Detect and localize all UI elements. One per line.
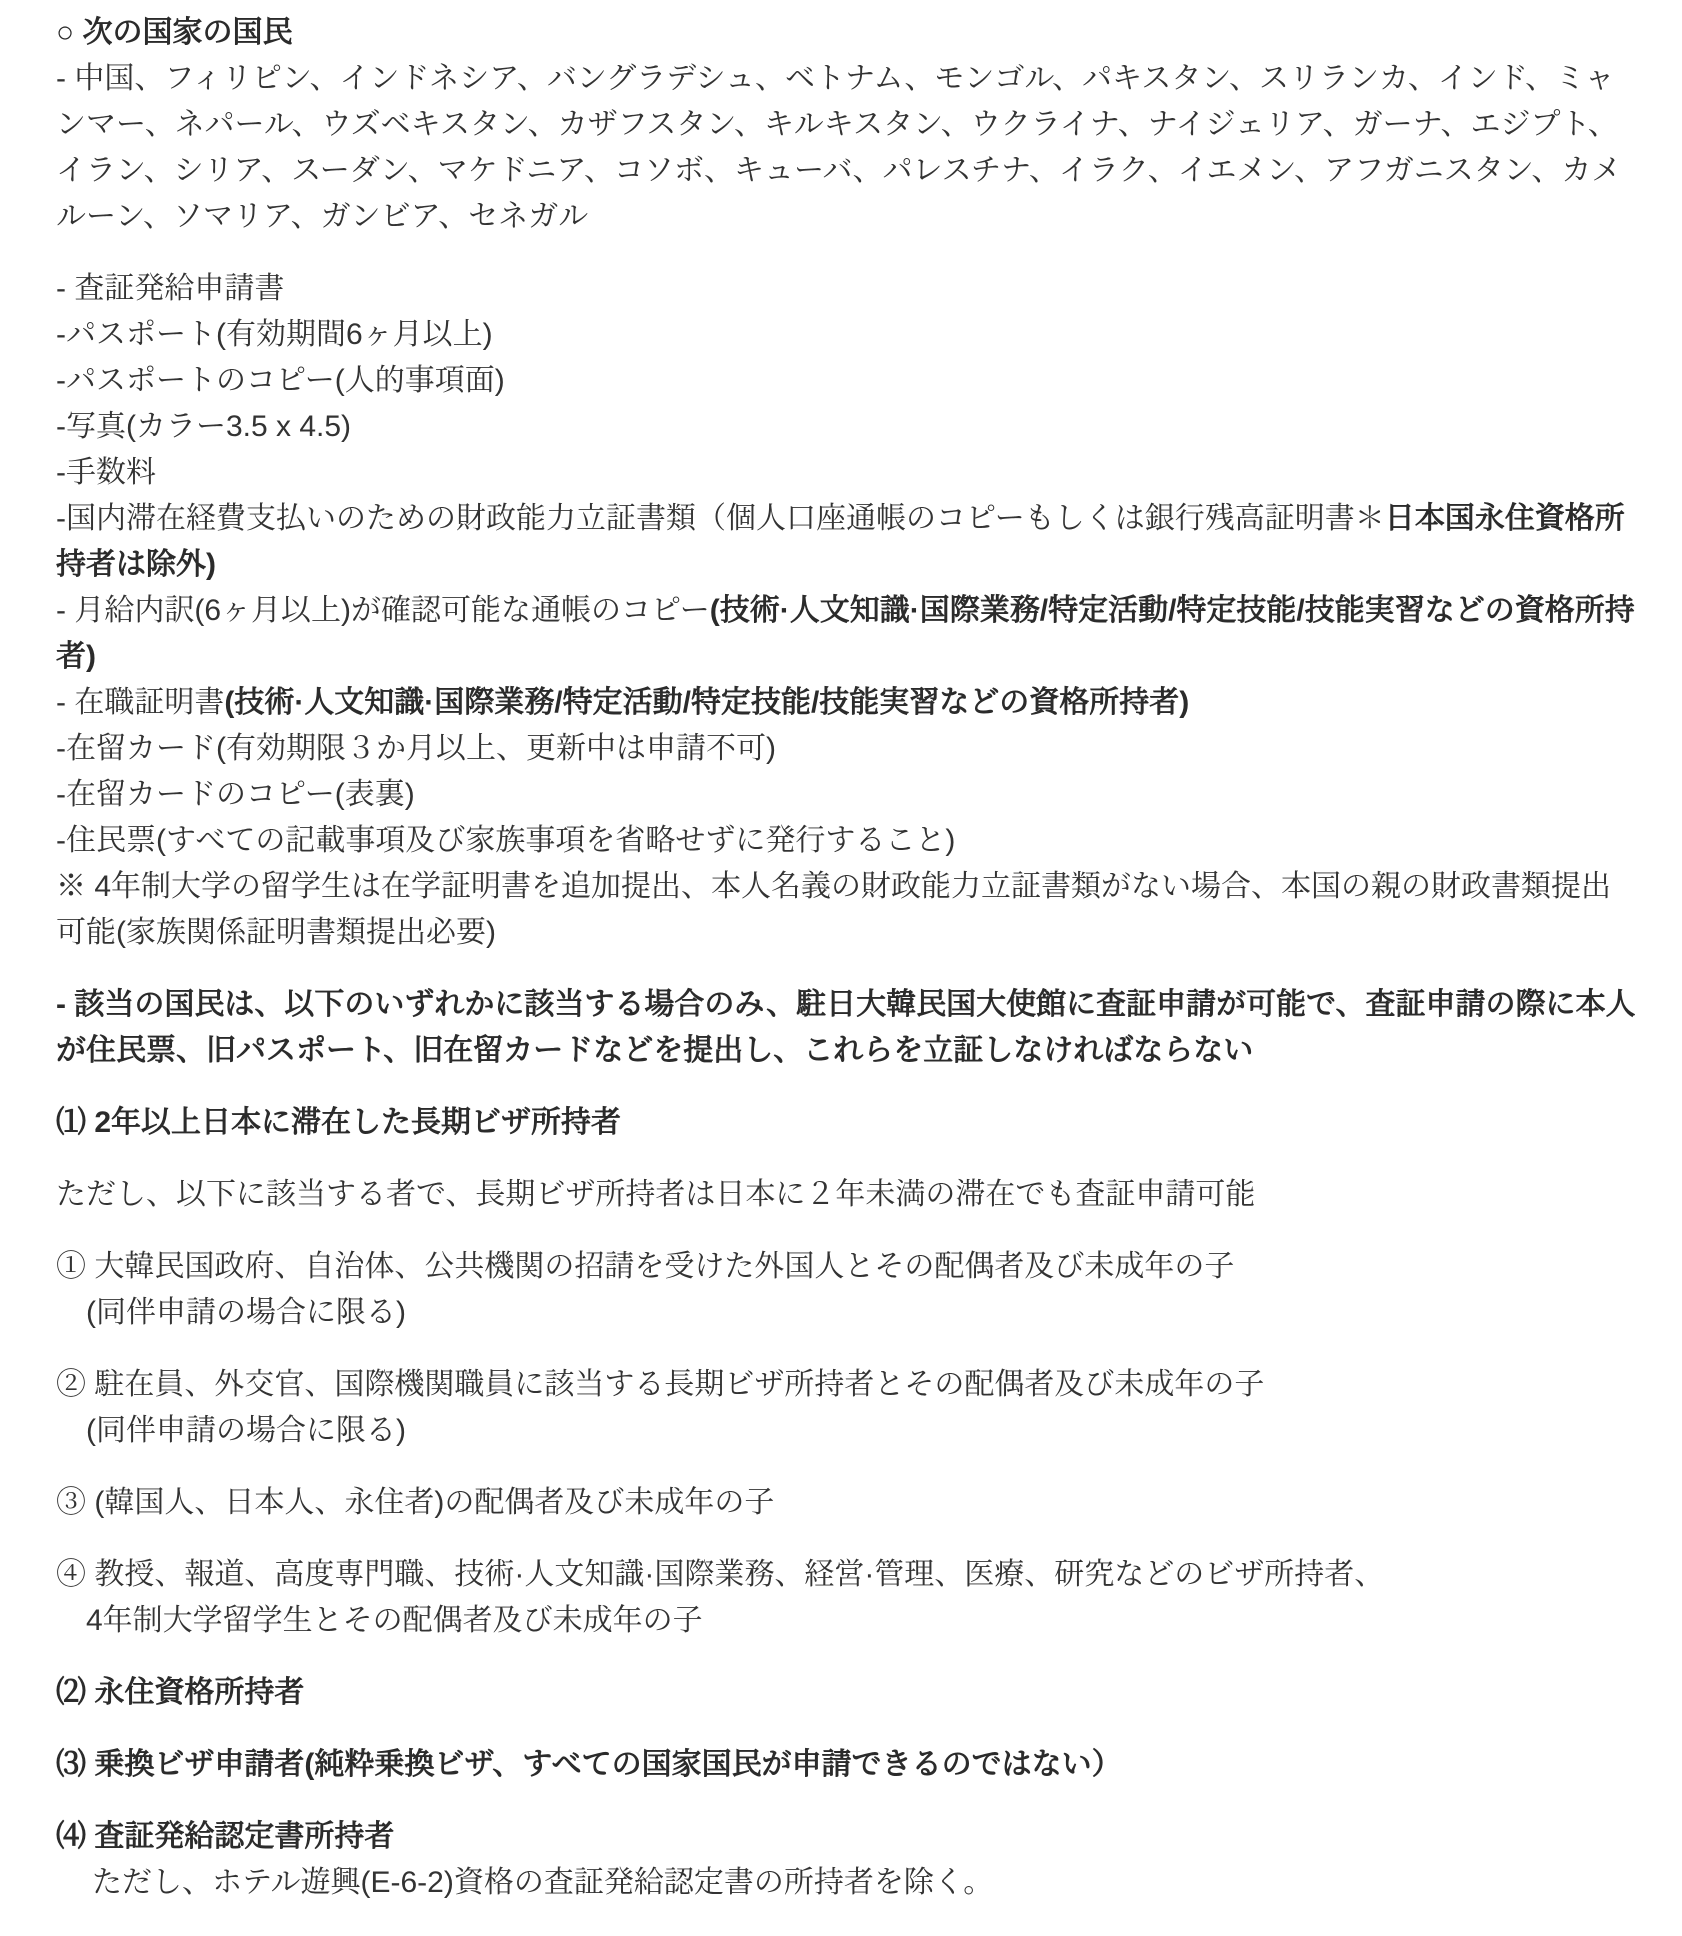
requirement-photo: -写真(カラー3.5 x 4.5) bbox=[56, 404, 1638, 450]
section-2-title: ⑵ 永住資格所持者 bbox=[56, 1670, 1638, 1716]
eligibility-item-1-text: ① 大韓民国政府、自治体、公共機関の招請を受けた外国人とその配偶者及び未成年の子 bbox=[56, 1244, 1638, 1290]
eligibility-item-3: ③ (韓国人、日本人、永住者)の配偶者及び未成年の子 bbox=[56, 1480, 1638, 1526]
requirement-fee: -手数料 bbox=[56, 450, 1638, 496]
nationals-section: ○ 次の国家の国民 - 中国、フィリピン、インドネシア、バングラデシュ、ベトナム… bbox=[56, 10, 1638, 240]
requirement-salary-bankbook-copy: - 月給内訳(6ヶ月以上)が確認可能な通帳のコピー(技術·人文知識·国際業務/特… bbox=[56, 588, 1638, 680]
eligibility-item-4-continuation: 4年制大学留学生とその配偶者及び未成年の子 bbox=[56, 1598, 1638, 1644]
section-4-title: ⑷ 査証発給認定書所持者 bbox=[56, 1814, 1638, 1860]
requirement-resident-record: -住民票(すべての記載事項及び家族事項を省略せずに発行すること) bbox=[56, 818, 1638, 864]
requirement-residence-card-copy: -在留カードのコピー(表裏) bbox=[56, 772, 1638, 818]
eligibility-item-2-note: (同伴申請の場合に限る) bbox=[56, 1408, 1638, 1454]
requirement-passport: -パスポート(有効期間6ヶ月以上) bbox=[56, 312, 1638, 358]
nationals-heading: ○ 次の国家の国民 bbox=[56, 10, 1638, 56]
requirement-financial-proof: -国内滞在経費支払いのための財政能力立証書類（個人口座通帳のコピーもしくは銀行残… bbox=[56, 496, 1638, 588]
visa-requirements-document: ○ 次の国家の国民 - 中国、フィリピン、インドネシア、バングラデシュ、ベトナム… bbox=[0, 0, 1682, 1936]
requirement-employment-certificate: - 在職証明書(技術·人文知識·国際業務/特定活動/特定技能/技能実習などの資格… bbox=[56, 680, 1638, 726]
eligibility-item-1-note: (同伴申請の場合に限る) bbox=[56, 1290, 1638, 1336]
requirement-residence-card: -在留カード(有効期限３か月以上、更新中は申請不可) bbox=[56, 726, 1638, 772]
eligibility-item-1: ① 大韓民国政府、自治体、公共機関の招請を受けた外国人とその配偶者及び未成年の子… bbox=[56, 1244, 1638, 1336]
section-3-title: ⑶ 乗換ビザ申請者(純粋乗換ビザ、すべての国家国民が申請できるのではない） bbox=[56, 1742, 1638, 1788]
eligibility-item-4-text: ④ 教授、報道、高度専門職、技術·人文知識·国際業務、経営·管理、医療、研究など… bbox=[56, 1552, 1638, 1598]
required-documents-list: - 査証発給申請書 -パスポート(有効期間6ヶ月以上) -パスポートのコピー(人… bbox=[56, 266, 1638, 956]
requirement-passport-copy: -パスポートのコピー(人的事項面) bbox=[56, 358, 1638, 404]
eligibility-item-3-text: ③ (韓国人、日本人、永住者)の配偶者及び未成年の子 bbox=[56, 1480, 1638, 1526]
section-1-intro: ただし、以下に該当する者で、長期ビザ所持者は日本に２年未満の滞在でも査証申請可能 bbox=[56, 1172, 1638, 1218]
country-list: - 中国、フィリピン、インドネシア、バングラデシュ、ベトナム、モンゴル、パキスタ… bbox=[56, 56, 1638, 240]
eligibility-item-2: ② 駐在員、外交官、国際機関職員に該当する長期ビザ所持者とその配偶者及び未成年の… bbox=[56, 1362, 1638, 1454]
eligibility-item-2-text: ② 駐在員、外交官、国際機関職員に該当する長期ビザ所持者とその配偶者及び未成年の… bbox=[56, 1362, 1638, 1408]
section-1-title: ⑴ 2年以上日本に滞在した長期ビザ所持者 bbox=[56, 1100, 1638, 1146]
section-4: ⑷ 査証発給認定書所持者 ただし、ホテル遊興(E-6-2)資格の査証発給認定書の… bbox=[56, 1814, 1638, 1906]
section-4-note: ただし、ホテル遊興(E-6-2)資格の査証発給認定書の所持者を除く。 bbox=[56, 1860, 1638, 1906]
eligibility-item-4: ④ 教授、報道、高度専門職、技術·人文知識·国際業務、経営·管理、医療、研究など… bbox=[56, 1552, 1638, 1644]
note-university-students: ※ 4年制大学の留学生は在学証明書を追加提出、本人名義の財政能力立証書類がない場… bbox=[56, 864, 1638, 956]
embassy-application-note: - 該当の国民は、以下のいずれかに該当する場合のみ、駐日大韓民国大使館に査証申請… bbox=[56, 982, 1638, 1074]
requirement-application-form: - 査証発給申請書 bbox=[56, 266, 1638, 312]
